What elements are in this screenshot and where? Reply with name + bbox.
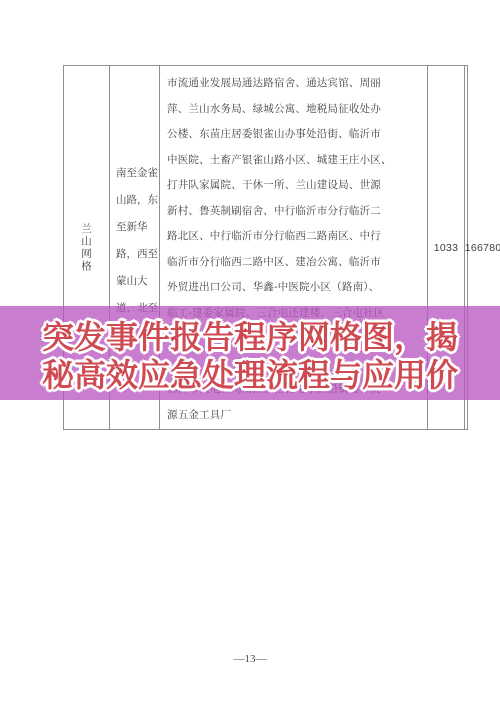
description-line: 临沂市分行临西二路中区、建冶公寓、临沂市 — [167, 250, 427, 276]
overlay-banner: 突发事件报告程序网格图，揭 秘高效应急处理流程与应用价 — [0, 306, 500, 400]
description-line: 路北区、中行临沂市分行临西二路南区、中行 — [167, 224, 427, 250]
boundary-text: 南至金雀 山路，东 至新华 路，西至 蒙山大 道，北至 — [110, 66, 159, 322]
description-line: 萍、兰山水务局、绿城公寓、地税局征收处办 — [167, 97, 427, 123]
description-line: 打井队家属院、干休一所、兰山建设局、世源 — [167, 173, 427, 199]
boundary-line: 南至金雀 — [116, 160, 159, 187]
phone-value: 16678060525 — [465, 242, 500, 254]
description-line: 新村、鲁英制刷宿舍、中行临沂市分行临沂二 — [167, 199, 427, 225]
boundary-line: 路，西至 — [116, 241, 159, 268]
boundary-line: 蒙山大 — [116, 268, 159, 295]
boundary-line: 山路，东 — [116, 187, 159, 214]
grid-name-text: 兰山网格 — [79, 223, 94, 273]
description-line: 公楼、东苗庄居委银雀山办事处沿街、临沂市 — [167, 122, 427, 148]
count-value: 1033 — [434, 242, 459, 254]
description-line: 中医院、土畜产银雀山路小区、城建王庄小区、 — [167, 148, 427, 174]
banner-title-line1: 突发事件报告程序网格图，揭 — [0, 318, 500, 356]
page-number: —13— — [0, 653, 500, 665]
description-line: 外贸进出口公司、华鑫-中医院小区（路南）、 — [167, 275, 427, 301]
description-line: 市流通业发展局通达路宿舍、通达宾馆、周丽 — [167, 71, 427, 97]
description-line: 源五金工具厂 — [167, 403, 427, 429]
boundary-line: 至新华 — [116, 214, 159, 241]
banner-title: 突发事件报告程序网格图，揭 秘高效应急处理流程与应用价 — [0, 318, 500, 394]
banner-title-line2: 秘高效应急处理流程与应用价 — [0, 356, 500, 394]
